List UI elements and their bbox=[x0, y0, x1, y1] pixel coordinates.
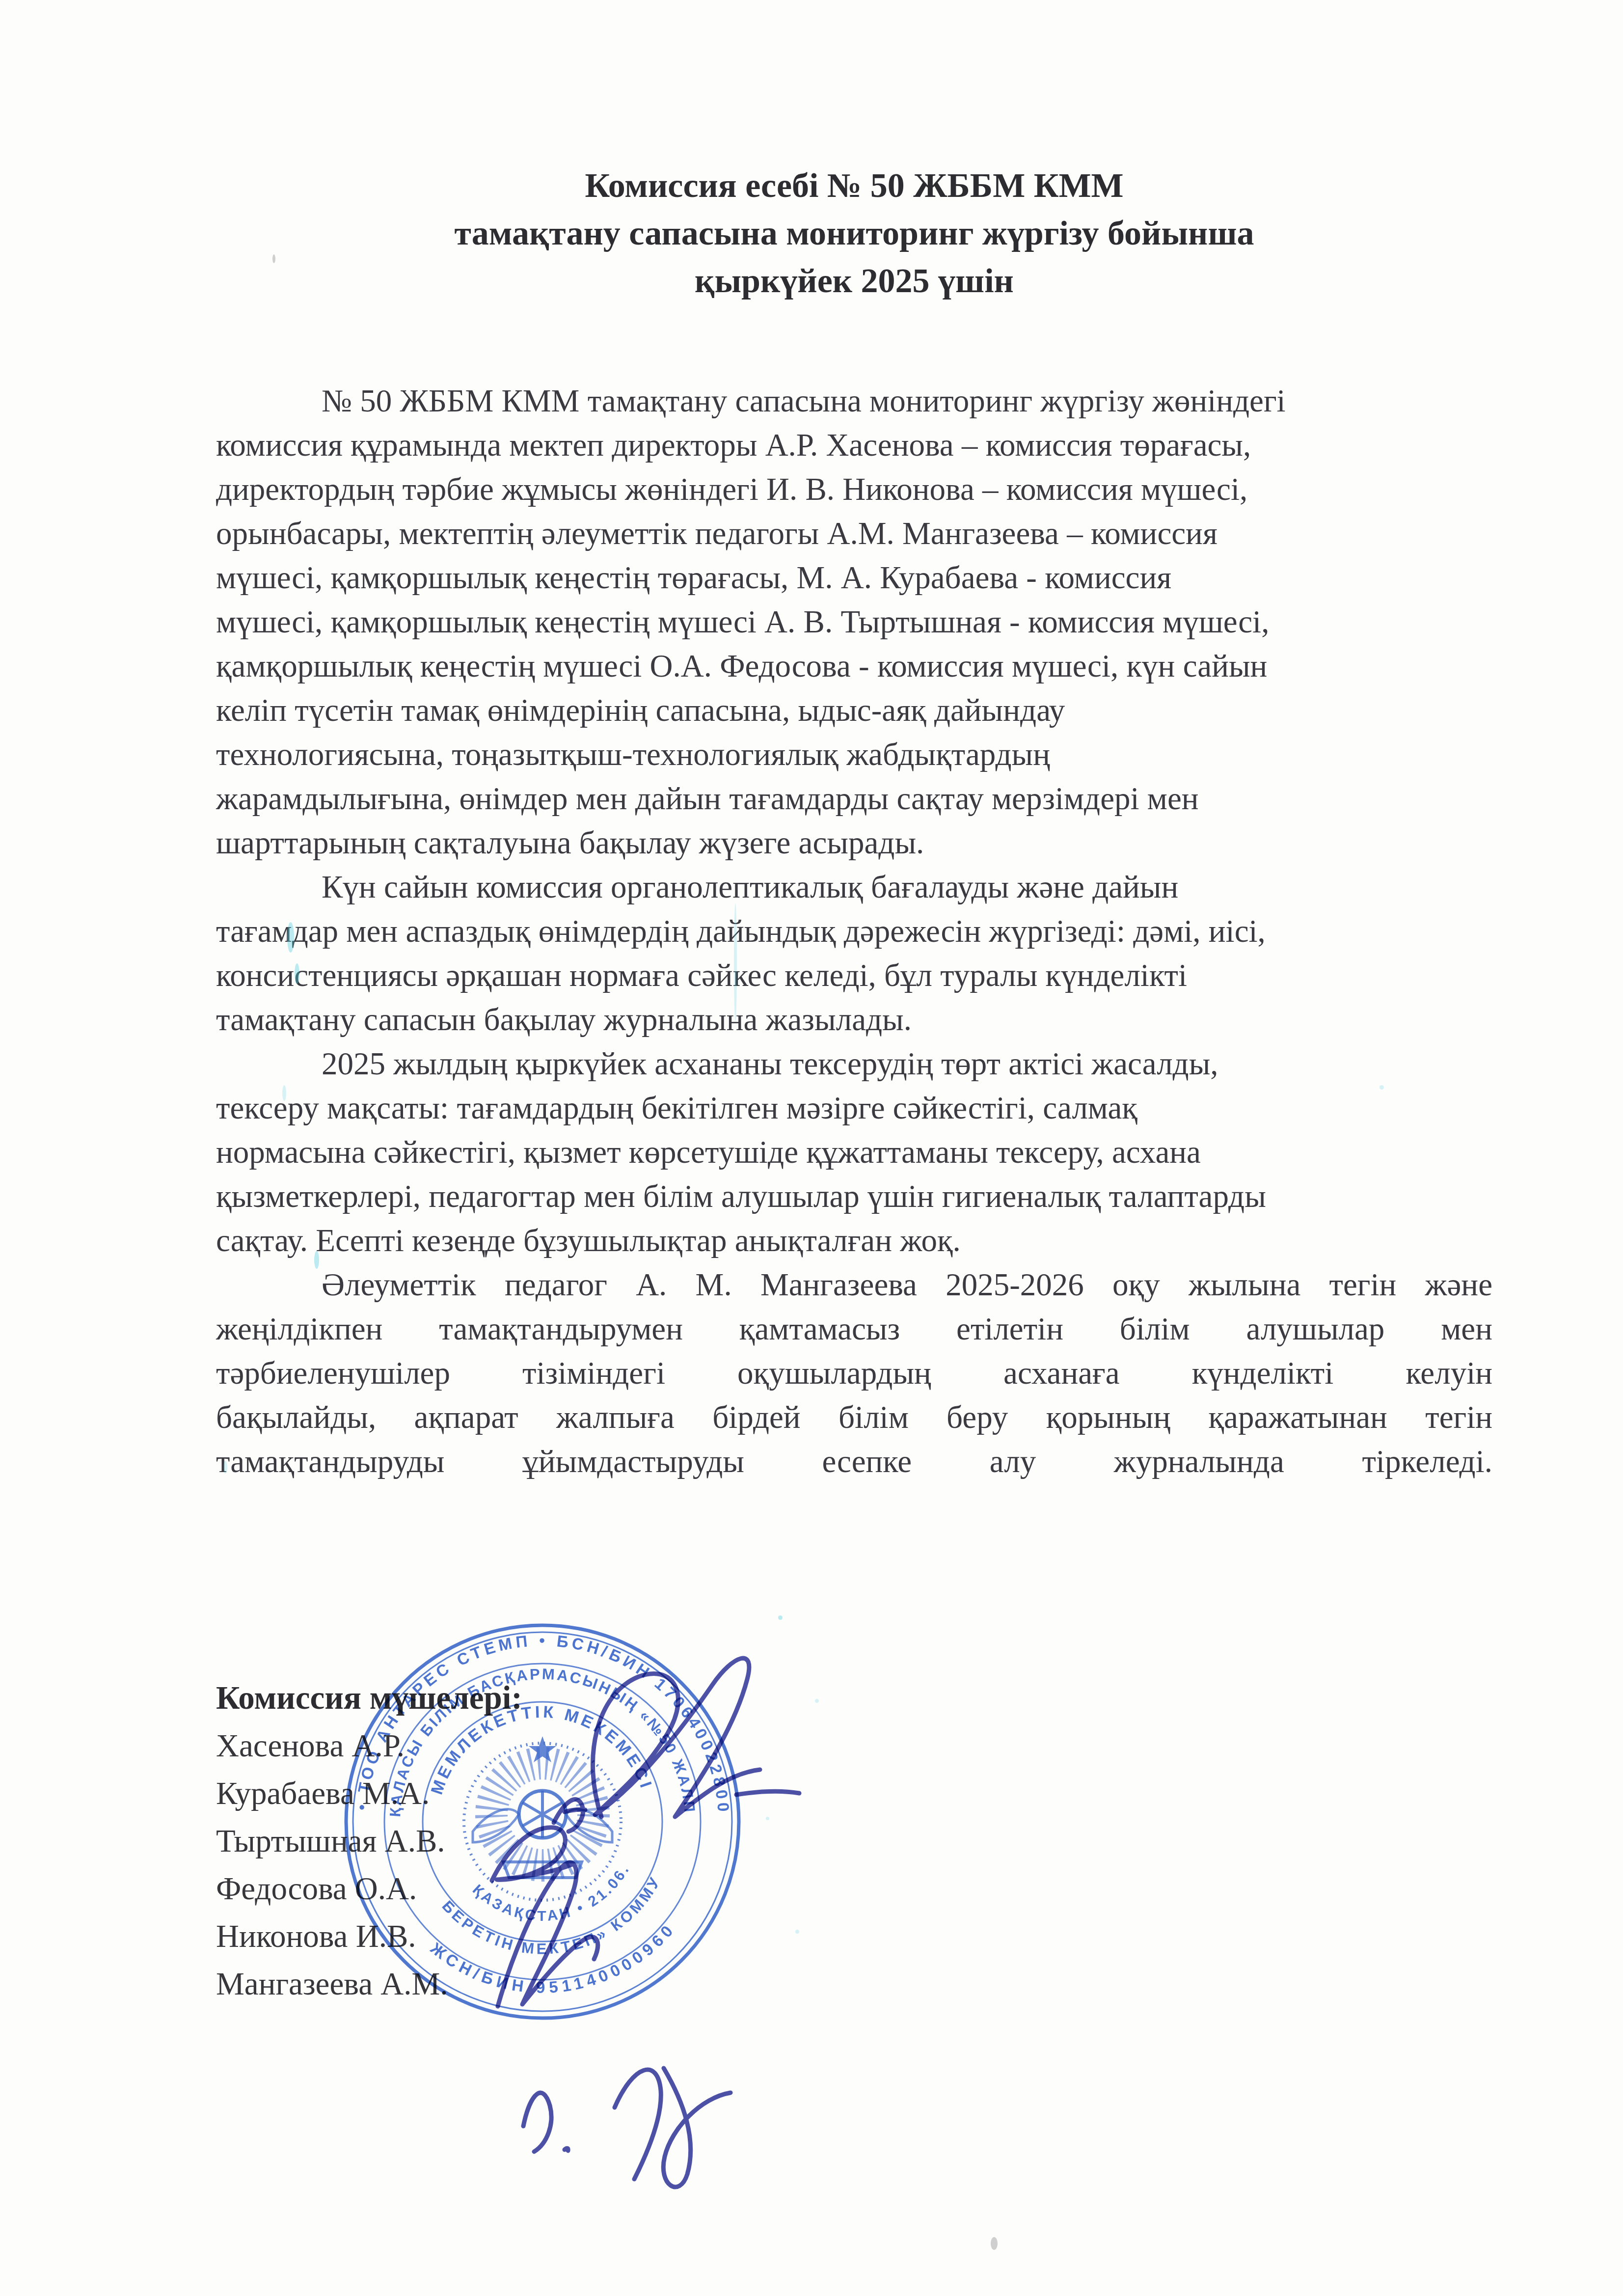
scan-artifact bbox=[295, 963, 299, 984]
paragraph-line: тамақтандыруды ұйымдастыруды есепке алу … bbox=[216, 1440, 1492, 1484]
paragraph: 2025 жылдың қыркүйек асхананы тексерудің… bbox=[216, 1042, 1492, 1263]
document-body: № 50 ЖББМ КММ тамақтану сапасына монитор… bbox=[216, 379, 1492, 1484]
document-title: Комиссия есебі № 50 ЖББМ КММ тамақтану с… bbox=[216, 162, 1492, 305]
scan-artifact bbox=[223, 1461, 227, 1474]
paragraph: Әлеуметтік педагог А. М. Мангазеева 2025… bbox=[216, 1263, 1492, 1484]
paragraph-line: нормасына сәйкестігі, қызмет көрсетушіде… bbox=[216, 1130, 1492, 1175]
paragraph-line: шарттарының сақталуына бақылау жүзеге ас… bbox=[216, 821, 1492, 865]
paragraph-line: қызметкерлері, педагогтар мен білім алуш… bbox=[216, 1175, 1492, 1219]
paragraph-line: келіп түсетін тамақ өнімдерінің сапасына… bbox=[216, 688, 1492, 733]
paragraph-line: қамқоршылық кеңестің мүшесі О.А. Федосов… bbox=[216, 644, 1492, 688]
paragraph-line: № 50 ЖББМ КММ тамақтану сапасына монитор… bbox=[216, 379, 1492, 423]
scan-artifact bbox=[815, 1699, 819, 1703]
paragraph-line: Әлеуметтік педагог А. М. Мангазеева 2025… bbox=[216, 1263, 1492, 1307]
paragraph-line: жарамдылығына, өнімдер мен дайын тағамда… bbox=[216, 777, 1492, 821]
stamp-emblem bbox=[473, 1736, 612, 1878]
paragraph-line: консистенциясы әрқашан нормаға сәйкес ке… bbox=[216, 954, 1492, 998]
paragraph-line: Күн сайын комиссия органолептикалық баға… bbox=[216, 865, 1492, 909]
paragraph-line: бақылайды, ақпарат жалпыға бірдей білім … bbox=[216, 1395, 1492, 1440]
signature-stroke bbox=[523, 2093, 568, 2152]
paragraph-line: 2025 жылдың қыркүйек асхананы тексерудің… bbox=[216, 1042, 1492, 1086]
paragraph-line: мүшесі, қамқоршылық кеңестің төрағасы, М… bbox=[216, 556, 1492, 600]
scan-artifact bbox=[795, 1930, 799, 1934]
paragraph-line: сақтау. Есепті кезеңде бұзушылықтар анық… bbox=[216, 1219, 1492, 1263]
paragraph-line: тамақтану сапасын бақылау журналына жазы… bbox=[216, 998, 1492, 1042]
paragraph-line: тәрбиеленушілер тізіміндегі оқушылардың … bbox=[216, 1351, 1492, 1395]
paragraph-line: комиссия құрамында мектеп директоры А.Р.… bbox=[216, 423, 1492, 467]
paragraph: Күн сайын комиссия органолептикалық баға… bbox=[216, 865, 1492, 1042]
paragraph-line: тағамдар мен аспаздық өнімдердің дайынды… bbox=[216, 909, 1492, 954]
title-line: тамақтану сапасына мониторинг жүргізу бо… bbox=[216, 210, 1492, 257]
title-line: Комиссия есебі № 50 ЖББМ КММ bbox=[216, 162, 1492, 210]
scan-artifact bbox=[287, 922, 294, 953]
scan-artifact bbox=[272, 254, 275, 263]
scan-artifact bbox=[282, 1085, 286, 1101]
paragraph-line: жеңілдікпен тамақтандырумен қамтамасыз е… bbox=[216, 1307, 1492, 1351]
paragraph-line: директордың тәрбие жұмысы жөніндегі И. В… bbox=[216, 467, 1492, 512]
scan-artifact bbox=[314, 1251, 319, 1269]
title-line: қыркүйек 2025 үшін bbox=[216, 257, 1492, 305]
paragraph-line: орынбасары, мектептің әлеуметтік педагог… bbox=[216, 512, 1492, 556]
signature-stroke bbox=[663, 2068, 730, 2187]
paragraph-line: технологиясына, тоңазытқыш-технологиялық… bbox=[216, 733, 1492, 777]
paragraph-line: тексеру мақсаты: тағамдардың бекітілген … bbox=[216, 1086, 1492, 1130]
signature-stroke bbox=[615, 2070, 661, 2179]
paragraph: № 50 ЖББМ КММ тамақтану сапасына монитор… bbox=[216, 379, 1492, 865]
scan-artifact bbox=[1380, 1085, 1384, 1090]
scan-artifact bbox=[766, 1817, 769, 1820]
scan-artifact bbox=[734, 903, 737, 1021]
scan-artifact bbox=[991, 2237, 998, 2250]
official-stamp: • ТОО АНТАРЕС СТЕМП • БСН/БИН 1706400228… bbox=[341, 1620, 744, 2023]
paragraph-line: мүшесі, қамқоршылық кеңестің мүшесі А. В… bbox=[216, 600, 1492, 644]
scan-artifact bbox=[778, 1615, 783, 1620]
document-page: Комиссия есебі № 50 ЖББМ КММ тамақтану с… bbox=[0, 0, 1623, 2296]
